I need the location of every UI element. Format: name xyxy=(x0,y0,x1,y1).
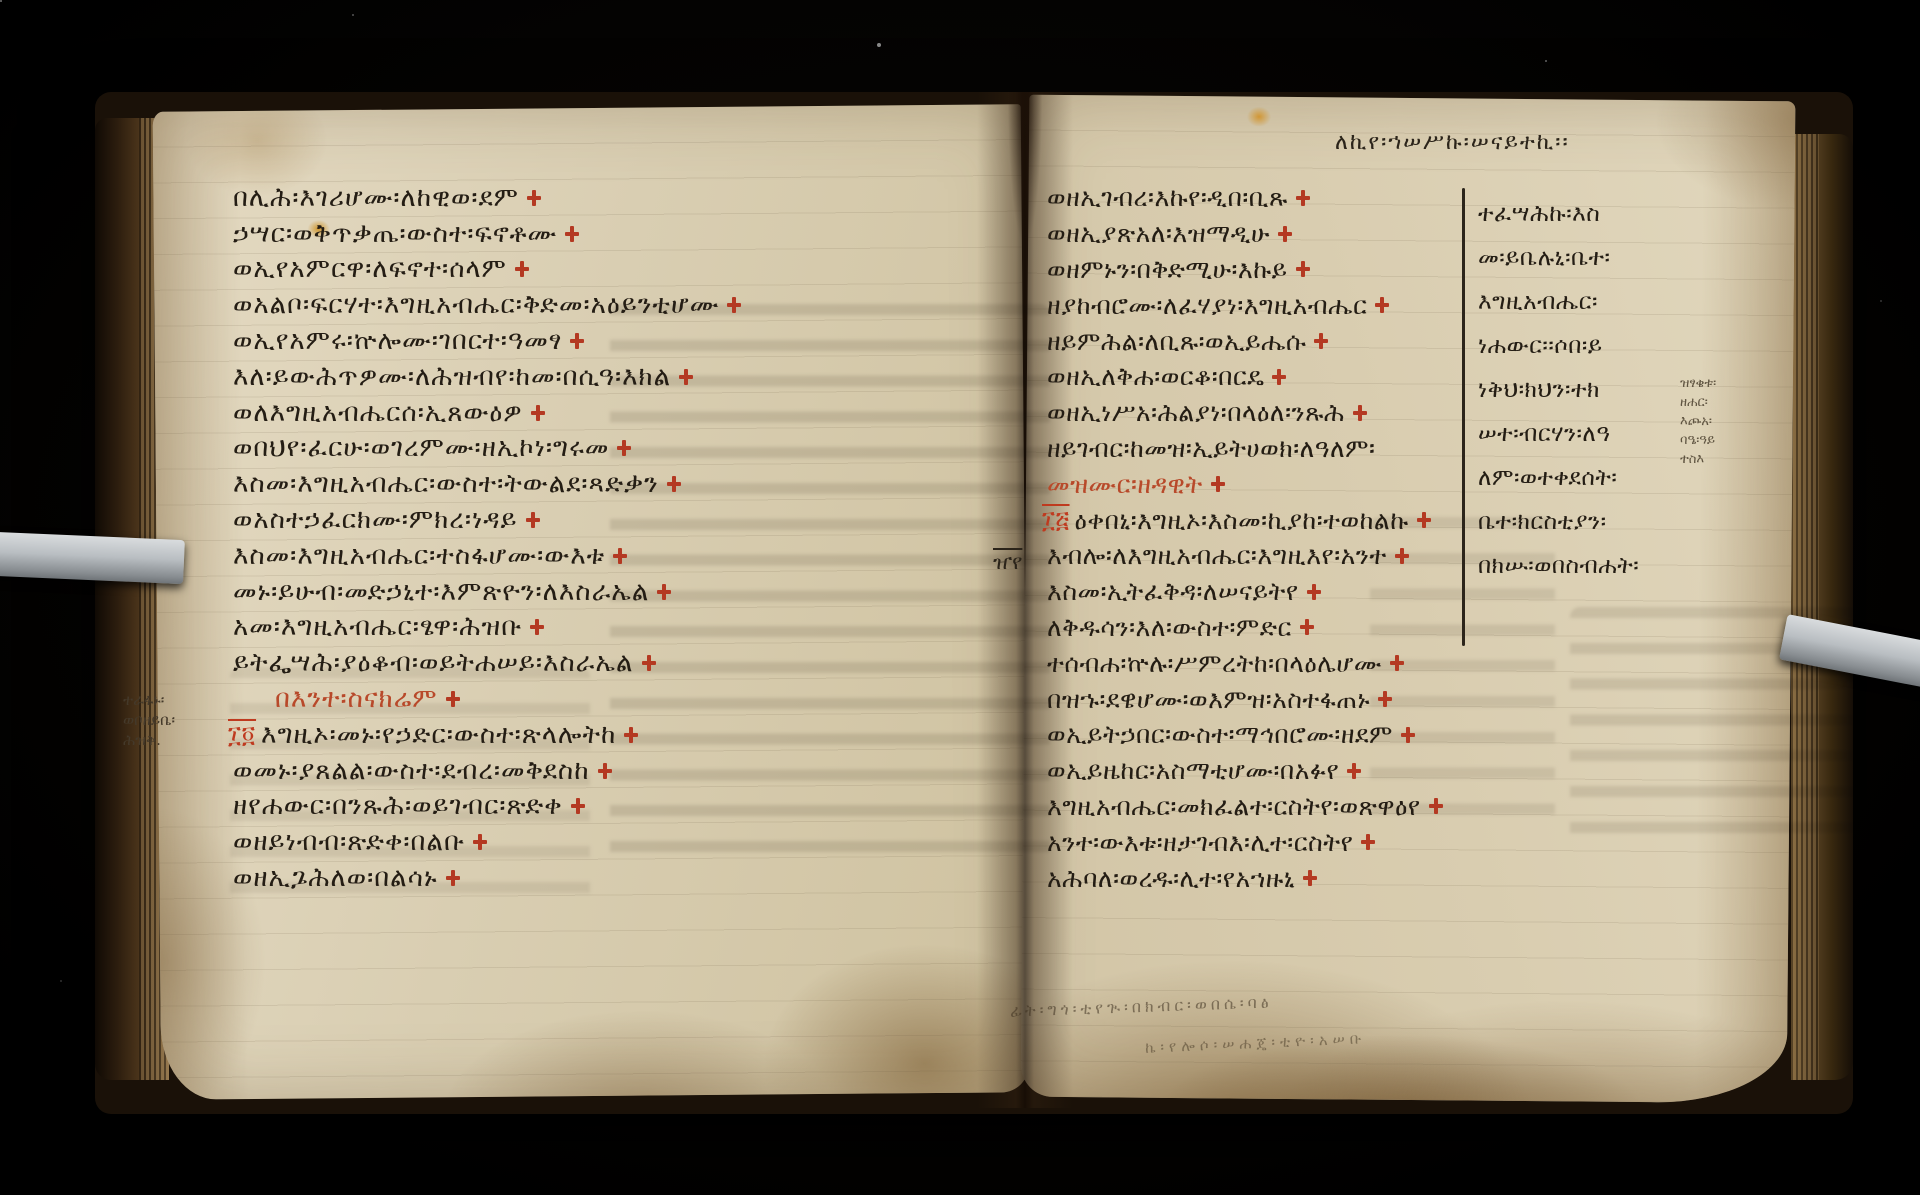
page-header-inscription: ለኪየ፡ኀሠሥኩ፡ሠናይተኪ፡፡ xyxy=(1335,130,1570,155)
line-text: እግዚኦ፡መኑ፡የኃድር፡ውስተ፡ጽላሎትከ xyxy=(261,722,616,748)
line-text: አመ፡እግዚአብሔር፡ፄዋ፡ሕዝቡ xyxy=(233,614,522,640)
section-cross-mark: ✤ xyxy=(598,763,612,779)
right-page-stack-edge xyxy=(1791,134,1853,1080)
section-cross-mark: ✤ xyxy=(1390,655,1404,671)
text-line: ወኢየአምርዋ፡ለፍኖተ፡ሰላም ✤ xyxy=(228,252,741,288)
gloss-line: ዘሐር፡ xyxy=(1680,393,1716,412)
section-cross-mark: ✤ xyxy=(1353,405,1367,421)
margin-abbreviation-mark: ዠየ xyxy=(993,550,1022,575)
text-line: ወዘምኑን፡በቅድሚሁ፡እኩይ ✤ xyxy=(1042,252,1443,288)
side-column-line: መ፡ይቤሉኒ፡ቤተ፡ xyxy=(1478,236,1639,280)
text-line: ወዘኢያጽአለ፡እዝማዲሁ ✤ xyxy=(1042,216,1443,252)
right-margin-text-column: ተፈሣሕኩ፡እስ መ፡ይቤሉኒ፡ቤተ፡ እግዚአብሔር፡ ነሐውር፡፡ሶበ፡ይ … xyxy=(1478,192,1639,588)
text-line: እስመ፡እግዚአብሔር፡ውስተ፡ትውልደ፡ጻድቃን ✤ xyxy=(228,466,741,502)
line-text: ወኢየአምሩ፡ኵሎሙ፡ገበርተ፡ዓመፃ xyxy=(233,328,562,354)
text-line: ዘይገብር፡ከመዝ፡ኢይትሀወክ፡ለዓለም፡ xyxy=(1042,431,1443,467)
line-text: ወዘኢጔሕለወ፡በልሳኑ xyxy=(233,865,438,891)
section-cross-mark: ✤ xyxy=(1278,226,1292,242)
section-cross-mark: ✤ xyxy=(473,834,487,850)
right-page-text-column: ወዘኢገብረ፡እኩየ፡ዲበ፡ቢጹ ✤ ወዘኢያጽአለ፡እዝማዲሁ ✤ ወዘምኑን… xyxy=(1042,180,1443,896)
section-cross-mark: ✤ xyxy=(571,798,585,814)
text-line: ወዘኢጔሕለወ፡በልሳኑ ✤ xyxy=(228,860,741,896)
dust-specks xyxy=(0,0,2,2)
line-text: መዝሙር፡ዘዳዊት xyxy=(1047,472,1203,497)
line-text: እስመ፡ኢትፈቅዳ፡ለሠናይትየ xyxy=(1047,579,1299,604)
text-line: ወለእግዚአብሔርሰ፡ኢጸውዕዎ ✤ xyxy=(228,395,741,431)
line-text: ተሰብሐ፡ኵሉ፡ሥምረትከ፡በላዕሌሆሙ xyxy=(1047,651,1382,676)
text-line: ወዘኢነሥአ፡ሕልያነ፡በላዕለ፡ንጹሕ ✤ xyxy=(1042,395,1443,431)
section-cross-mark: ✤ xyxy=(679,369,693,385)
text-line: አሕባለ፡ወረዱ፡ሊተ፡የአኀዙኒ ✤ xyxy=(1042,860,1443,896)
section-cross-mark: ✤ xyxy=(617,440,631,456)
text-line: መዝሙር፡ዘዳዊት ፨ xyxy=(1042,466,1443,502)
line-text: ዘይምሕል፡ለቢጹ፡ወኢይሔሱ xyxy=(1047,329,1306,354)
line-text: በዝኁ፡ደዌሆሙ፡ወእምዝ፡አስተፋጠኑ xyxy=(1047,687,1370,712)
line-text: አንተ፡ውእቱ፡ዘታገብእ፡ሊተ፡ርስትየ xyxy=(1047,830,1353,855)
section-cross-mark: ✤ xyxy=(1303,870,1317,886)
section-cross-mark: ✤ xyxy=(1347,763,1361,779)
line-text: በእንተ፡ስናክሬም xyxy=(275,686,438,712)
line-text: ወኢይትኃበር፡ውስተ፡ማኅበሮሙ፡ዘደም xyxy=(1047,722,1393,747)
line-text: መኑ፡ይሁብ፡መድኃኒተ፡እምጽዮን፡ለእስራኤል xyxy=(233,579,649,605)
line-text: ዘያከብሮሙ፡ለፈሃያነ፡እግዚአብሔር xyxy=(1047,293,1367,318)
text-line: እብሎ፡ለእግዚአብሔር፡እግዚእየ፡አንተ ✤ xyxy=(1042,538,1443,574)
line-text: እስመ፡እግዚአብሔር፡ውስተ፡ትውልደ፡ጻድቃን xyxy=(233,471,659,497)
side-column-line: ሠተ፡ብርሃን፡ለዓ xyxy=(1478,412,1639,456)
photograph-backdrop: ለኪየ፡ኀሠሥኩ፡ሠናይተኪ፡፡ በሊሕ፡እገሪሆሙ፡ለከዊወ፡ደም ✤ ኃሣር… xyxy=(0,0,1920,1195)
line-text: ኃሣር፡ወቅጥቃጤ፡ውስተ፡ፍኖቶሙ xyxy=(233,221,557,247)
text-line: ወኢይትኃበር፡ውስተ፡ማኅበሮሙ፡ዘደም ✤ xyxy=(1042,717,1443,753)
margin-gloss-notes: ዝፃቄቱ፡ ዘሐር፡ እጮአ፡ ባዔ፡ዓይ ተስእ xyxy=(1680,374,1716,469)
margin-note-line: ወቦዘይቤ፡ xyxy=(123,710,175,730)
section-cross-mark: ✤ xyxy=(624,727,638,743)
side-column-line: ነሐውር፡፡ሶበ፡ይ xyxy=(1478,324,1639,368)
line-text: ወዘኢነሥአ፡ሕልያነ፡በላዕለ፡ንጹሕ xyxy=(1047,400,1345,425)
section-cross-mark: ✤ xyxy=(1378,691,1392,707)
line-text: ተፈሣሕኩ፡እስ xyxy=(1478,203,1600,226)
line-text: ወበህየ፡ፈርሁ፡ወገረምሙ፡ዘኢኮነ፡ግሩመ xyxy=(233,435,609,461)
text-line: አንተ፡ውእቱ፡ዘታገብእ፡ሊተ፡ርስትየ ✤ xyxy=(1042,824,1443,860)
text-line: በሊሕ፡እገሪሆሙ፡ለከዊወ፡ደም ✤ xyxy=(228,180,741,216)
text-line: ወበህየ፡ፈርሁ፡ወገረምሙ፡ዘኢኮነ፡ግሩመ ✤ xyxy=(228,431,741,467)
section-cross-mark: ✤ xyxy=(1296,190,1310,206)
text-line: እስመ፡ኢትፈቅዳ፡ለሠናይትየ ✤ xyxy=(1042,574,1443,610)
text-line: ወኢይዜከር፡አስማቲሆሙ፡በአፉየ ✤ xyxy=(1042,753,1443,789)
line-text: አሕባለ፡ወረዱ፡ሊተ፡የአኀዙኒ xyxy=(1047,866,1295,891)
text-line: እለ፡ይውሕጥዎሙ፡ለሕዝብየ፡ከመ፡በሲዓ፡እክል ✤ xyxy=(228,359,741,395)
line-text: ወኢይዜከር፡አስማቲሆሙ፡በአፉየ xyxy=(1047,758,1339,783)
book-cradle-strap-left xyxy=(0,532,185,584)
section-cross-mark: ✤ xyxy=(1307,584,1321,600)
section-cross-mark: ✤ xyxy=(570,333,584,349)
section-cross-mark: ✤ xyxy=(1375,297,1389,313)
section-cross-mark: ✤ xyxy=(1417,512,1431,528)
line-text: እብሎ፡ለእግዚአብሔር፡እግዚእየ፡አንተ xyxy=(1047,543,1387,568)
text-line: እስመ፡እግዚአብሔር፡ተስፋሆሙ፡ውእቱ ✤ xyxy=(228,538,741,574)
text-line: ወኢየአምሩ፡ኵሎሙ፡ገበርተ፡ዓመፃ ✤ xyxy=(228,323,741,359)
line-text: በሊሕ፡እገሪሆሙ፡ለከዊወ፡ደም xyxy=(233,185,519,211)
text-line: ኃሣር፡ወቅጥቃጤ፡ውስተ፡ፍኖቶሙ ✤ xyxy=(228,216,741,252)
section-cross-mark: ✤ xyxy=(1429,798,1443,814)
section-cross-mark: ✤ xyxy=(531,405,545,421)
text-line: መኑ፡ይሁብ፡መድኃኒተ፡እምጽዮን፡ለእስራኤል ✤ xyxy=(228,574,741,610)
line-text: ነቅህ፡ክህን፡ተክ xyxy=(1478,379,1600,402)
text-line: ለቅዱሳን፡እለ፡ውስተ፡ምድር ✤ xyxy=(1042,610,1443,646)
text-line: ፲፭ ዕቀበኒ፡እግዚኦ፡እስመ፡ኪያከ፡ተወከልኩ ✤ xyxy=(1042,502,1443,538)
section-cross-mark: ✤ xyxy=(1395,548,1409,564)
line-text: ሠተ፡ብርሃን፡ለዓ xyxy=(1478,423,1610,446)
side-column-line: ተፈሣሕኩ፡እስ xyxy=(1478,192,1639,236)
text-line: አመ፡እግዚአብሔር፡ፄዋ፡ሕዝቡ ✤ xyxy=(228,610,741,646)
side-column-line: እግዚአብሔር፡ xyxy=(1478,280,1639,324)
line-text: እስመ፡እግዚአብሔር፡ተስፋሆሙ፡ውእቱ xyxy=(233,543,605,569)
gloss-line: ባዔ፡ዓይ xyxy=(1680,431,1716,450)
margin-note-line: ሕዝቅ. xyxy=(123,730,175,750)
line-text: ለም፡ወተቀደሰት፡ xyxy=(1478,467,1617,490)
line-text: መ፡ይቤሉኒ፡ቤተ፡ xyxy=(1478,247,1611,270)
text-line: ፲፬ እግዚኦ፡መኑ፡የኃድር፡ውስተ፡ጽላሎትከ ✤ xyxy=(228,717,741,753)
line-text: ዘየሐውር፡በንጹሕ፡ወይገብር፡ጽድቀ xyxy=(233,793,563,819)
section-cross-mark: ✤ xyxy=(1361,834,1375,850)
text-line: እግዚአብሔር፡መክፈልተ፡ርስትየ፡ወጽዋዕየ ✤ xyxy=(1042,789,1443,825)
gloss-line: ዝፃቄቱ፡ xyxy=(1680,374,1716,393)
text-line: በዝኁ፡ደዌሆሙ፡ወእምዝ፡አስተፋጠኑ ✤ xyxy=(1042,681,1443,717)
text-line: ዘየሐውር፡በንጹሕ፡ወይገብር፡ጽድቀ ✤ xyxy=(228,789,741,825)
text-line: ይትፌሣሕ፡ያዕቆብ፡ወይትሐሠይ፡እስራኤል ✤ xyxy=(228,645,741,681)
gloss-line: ተስእ xyxy=(1680,450,1716,469)
left-page-text-column: በሊሕ፡እገሪሆሙ፡ለከዊወ፡ደም ✤ ኃሣር፡ወቅጥቃጤ፡ውስተ፡ፍኖቶሙ ✤… xyxy=(228,180,741,896)
text-line: ዘያከብሮሙ፡ለፈሃያነ፡እግዚአብሔር ✤ xyxy=(1042,287,1443,323)
line-text: ወለእግዚአብሔርሰ፡ኢጸውዕዎ xyxy=(233,400,523,426)
side-column-line: ነቅህ፡ክህን፡ተክ xyxy=(1478,368,1639,412)
section-cross-mark: ✤ xyxy=(667,476,681,492)
open-manuscript-book: ለኪየ፡ኀሠሥኩ፡ሠናይተኪ፡፡ በሊሕ፡እገሪሆሙ፡ለከዊወ፡ደም ✤ ኃሣር… xyxy=(95,92,1853,1114)
text-line: ወዘኢለቅሐ፡ወርቆ፡በርዴ ✤ xyxy=(1042,359,1443,395)
section-cross-mark: ✤ xyxy=(613,548,627,564)
section-cross-mark: ✤ xyxy=(1272,369,1286,385)
line-text: ወዘኢገብረ፡እኩየ፡ዲበ፡ቢጹ xyxy=(1047,185,1288,210)
text-line: ወዘይነብብ፡ጽድቀ፡በልቡ ✤ xyxy=(228,824,741,860)
text-line: ወዘኢገብረ፡እኩየ፡ዲበ፡ቢጹ ✤ xyxy=(1042,180,1443,216)
section-cross-mark: ✤ xyxy=(1300,619,1314,635)
section-cross-mark: ✤ xyxy=(727,297,741,313)
psalm-number: ፲፭ xyxy=(1042,508,1075,532)
column-divider-rule xyxy=(1462,188,1465,646)
line-text: ወአልቦ፡ፍርሃተ፡እግዚአብሔር፡ቅድመ፡አዕይንቲሆሙ xyxy=(233,292,719,318)
section-cross-mark: ✤ xyxy=(1296,261,1310,277)
section-cross-mark: ✤ xyxy=(446,870,460,886)
section-cross-mark: ✤ xyxy=(642,655,656,671)
section-cross-mark: ✤ xyxy=(1314,333,1328,349)
margin-note-line: ተራፋኑ፡ xyxy=(123,690,175,710)
line-text: ወመኑ፡ያጸልል፡ውስተ፡ደብረ፡መቅደስከ xyxy=(233,758,590,784)
text-line: በእንተ፡ስናክሬም ፨ xyxy=(228,681,741,717)
line-text: በክሡ፡ወበስብሐት፡ xyxy=(1478,555,1639,578)
section-cross-mark: ✤ xyxy=(526,512,540,528)
text-line: ተሰብሐ፡ኵሉ፡ሥምረትከ፡በላዕሌሆሙ ✤ xyxy=(1042,645,1443,681)
text-line: ወአስተኃፈርክሙ፡ምክረ፡ነዳይ ✤ xyxy=(228,502,741,538)
psalm-number: ፲፬ xyxy=(228,723,261,747)
line-text: ወዘኢለቅሐ፡ወርቆ፡በርዴ xyxy=(1047,364,1264,389)
line-text: ዘይገብር፡ከመዝ፡ኢይትሀወክ፡ለዓለም፡ xyxy=(1047,436,1375,461)
text-line: ወአልቦ፡ፍርሃተ፡እግዚአብሔር፡ቅድመ፡አዕይንቲሆሙ ✤ xyxy=(228,287,741,323)
section-cross-mark: ✤ xyxy=(1401,727,1415,743)
line-text: እግዚአብሔር፡መክፈልተ፡ርስትየ፡ወጽዋዕየ xyxy=(1047,794,1421,819)
line-text: ይትፌሣሕ፡ያዕቆብ፡ወይትሐሠይ፡እስራኤል xyxy=(233,650,634,676)
gloss-line: እጮአ፡ xyxy=(1680,412,1716,431)
side-column-line: በክሡ፡ወበስብሐት፡ xyxy=(1478,544,1639,588)
text-line: ወመኑ፡ያጸልል፡ውስተ፡ደብረ፡መቅደስከ ✤ xyxy=(228,753,741,789)
section-cross-mark: ፨ xyxy=(1211,476,1225,492)
line-text: ዕቀበኒ፡እግዚኦ፡እስመ፡ኪያከ፡ተወከልኩ xyxy=(1075,508,1409,533)
text-line: ዘይምሕል፡ለቢጹ፡ወኢይሔሱ ✤ xyxy=(1042,323,1443,359)
line-text: እግዚአብሔር፡ xyxy=(1478,291,1598,314)
section-cross-mark: ፨ xyxy=(446,691,460,707)
side-column-line: ለም፡ወተቀደሰት፡ xyxy=(1478,456,1639,500)
line-text: ነሐውር፡፡ሶበ፡ይ xyxy=(1478,335,1603,358)
line-text: ወኢየአምርዋ፡ለፍኖተ፡ሰላም xyxy=(233,256,507,282)
line-text: ቤተ፡ክርስቲያን፡ xyxy=(1478,511,1607,534)
section-cross-mark: ✤ xyxy=(527,190,541,206)
side-column-line: ቤተ፡ክርስቲያን፡ xyxy=(1478,500,1639,544)
line-text: ወዘምኑን፡በቅድሚሁ፡እኩይ xyxy=(1047,257,1288,282)
line-text: ወዘይነብብ፡ጽድቀ፡በልቡ xyxy=(233,829,465,855)
section-cross-mark: ✤ xyxy=(515,261,529,277)
line-text: እለ፡ይውሕጥዎሙ፡ለሕዝብየ፡ከመ፡በሲዓ፡እክል xyxy=(233,364,671,390)
line-text: ወአስተኃፈርክሙ፡ምክረ፡ነዳይ xyxy=(233,507,518,533)
line-text: ለቅዱሳን፡እለ፡ውስተ፡ምድር xyxy=(1047,615,1292,640)
section-cross-mark: ✤ xyxy=(565,226,579,242)
section-cross-mark: ✤ xyxy=(530,619,544,635)
section-cross-mark: ✤ xyxy=(657,584,671,600)
line-text: ወዘኢያጽአለ፡እዝማዲሁ xyxy=(1047,221,1270,246)
left-margin-note: ተራፋኑ፡ ወቦዘይቤ፡ ሕዝቅ. xyxy=(123,690,175,750)
